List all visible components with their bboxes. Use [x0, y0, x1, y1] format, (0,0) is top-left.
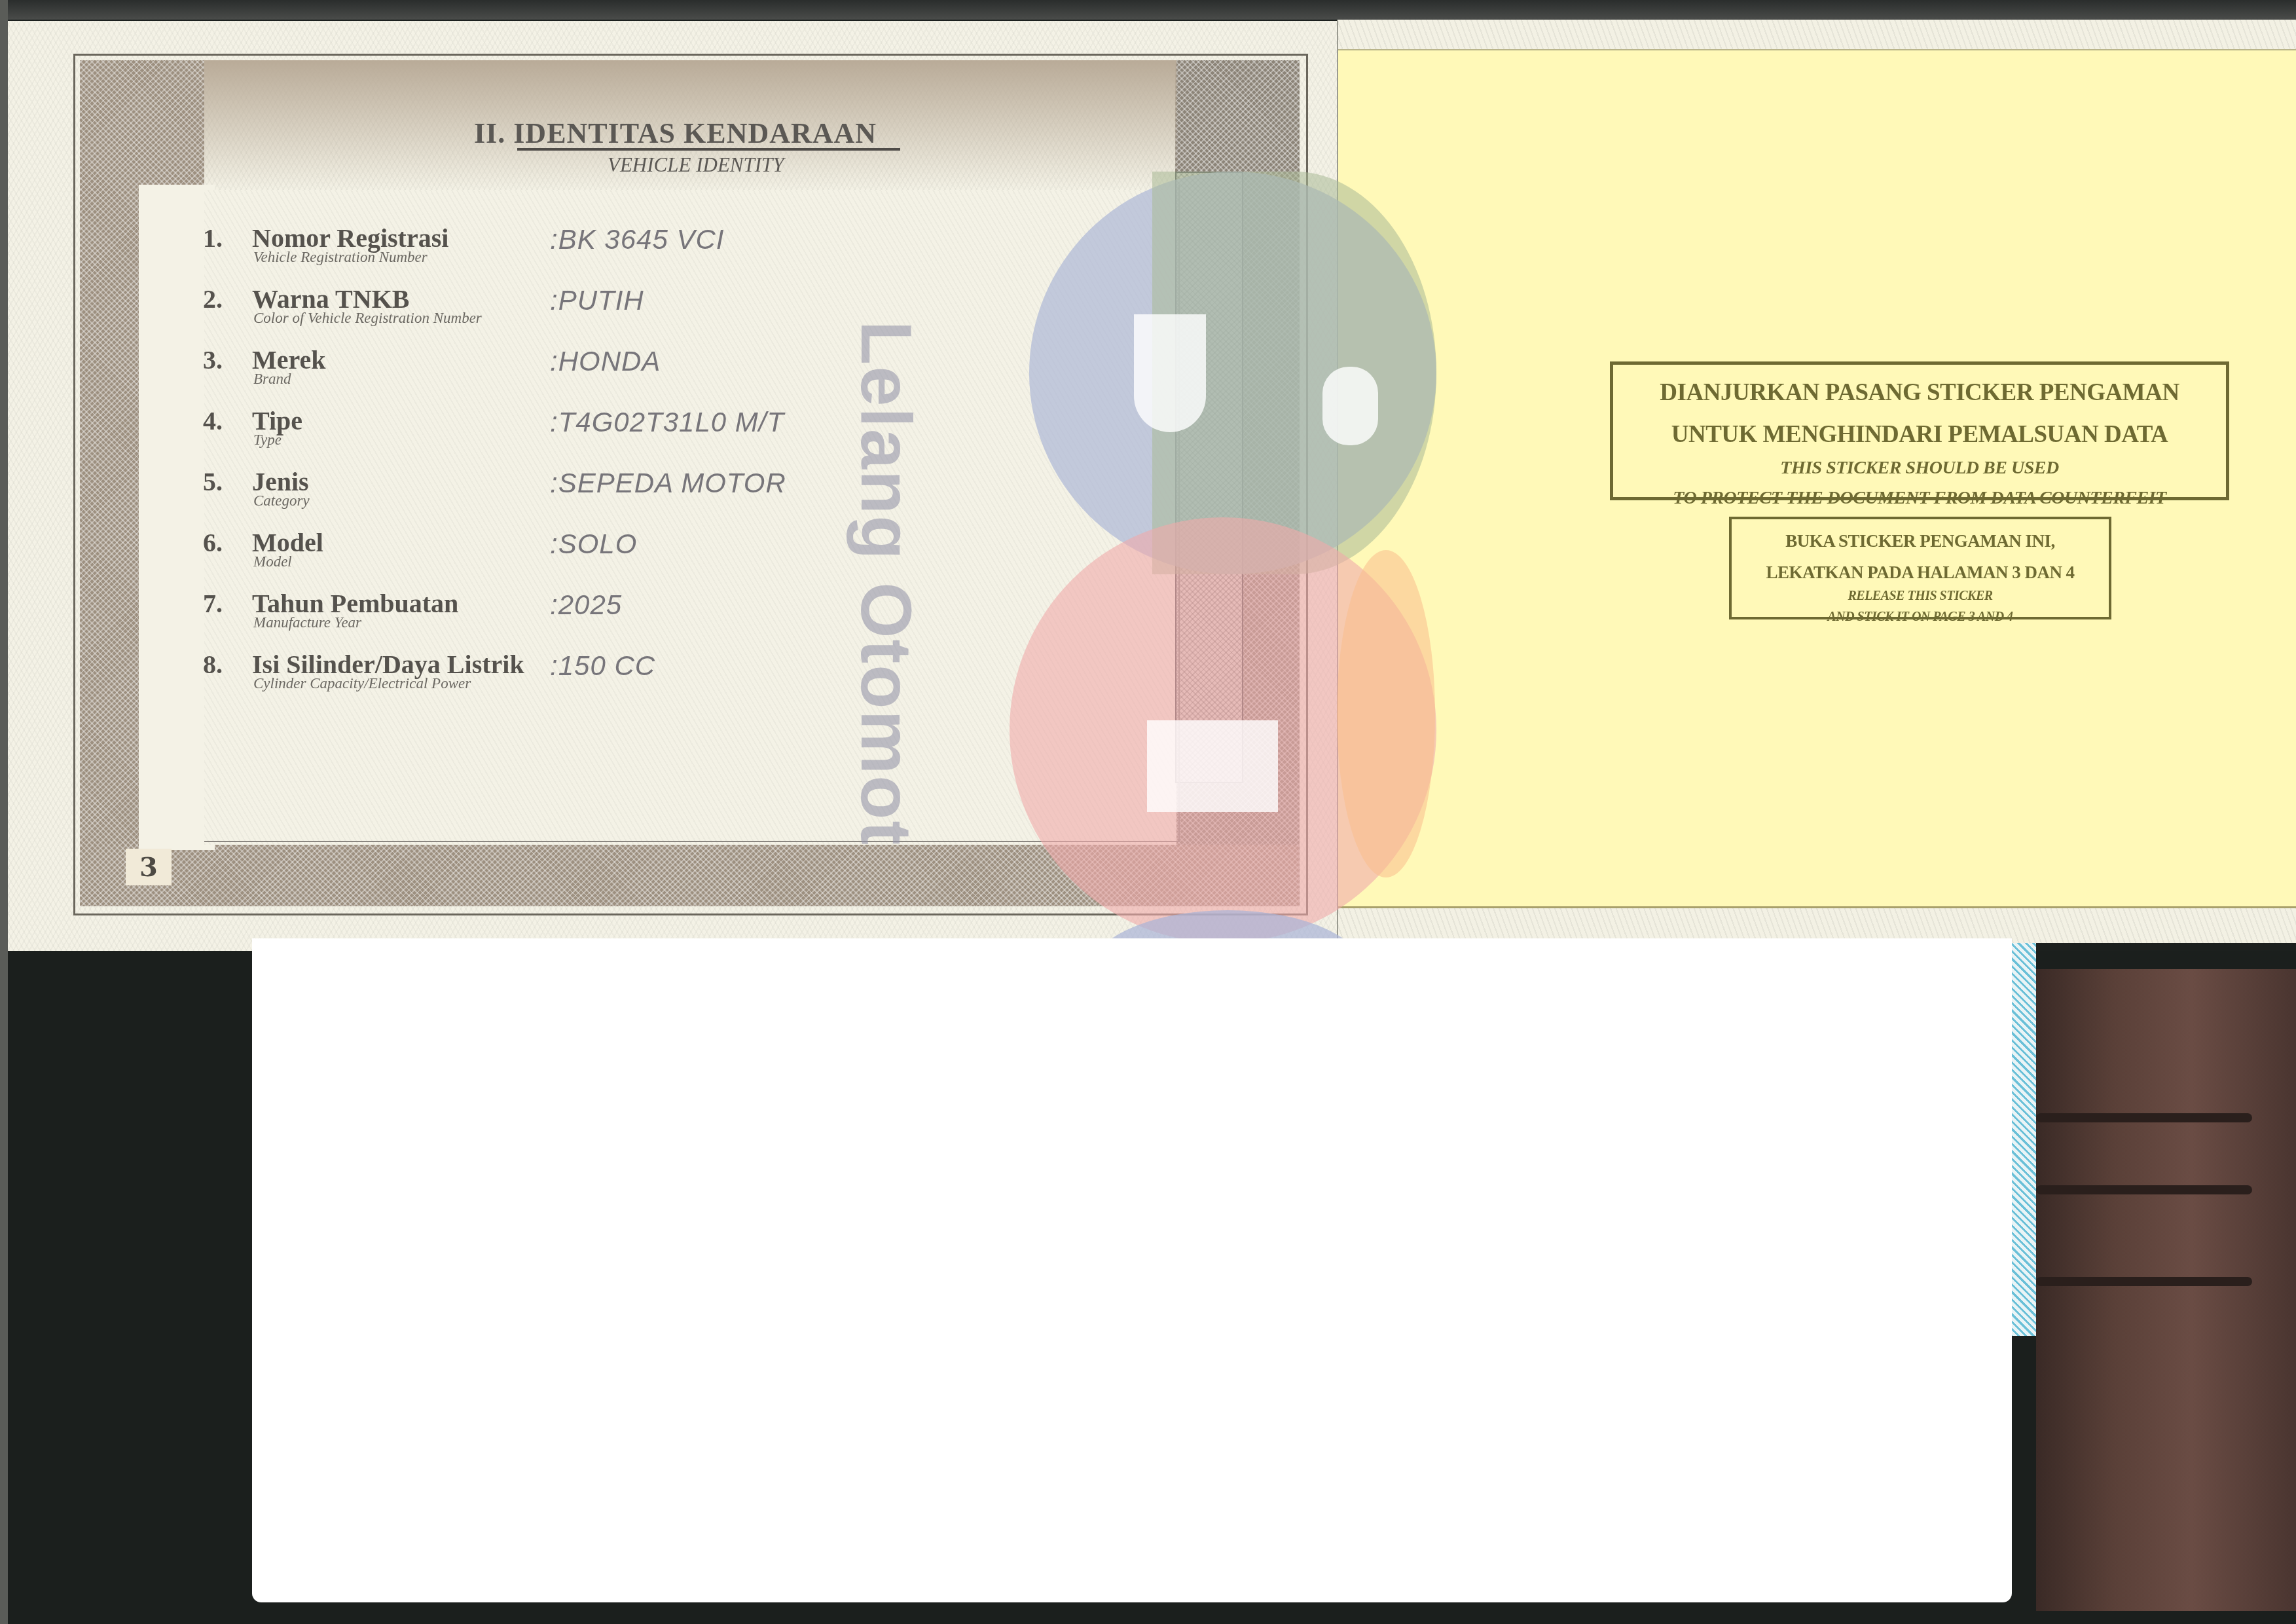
field-number: 8.: [203, 649, 223, 680]
notice-line-en: RELEASE THIS STICKER: [1732, 589, 2109, 603]
sticker-main-notice: DIANJURKAN PASANG STICKER PENGAMAN UNTUK…: [1610, 361, 2229, 500]
notice-line: DIANJURKAN PASANG STICKER PENGAMAN: [1613, 379, 2226, 407]
field-value: :HONDA: [550, 346, 661, 377]
field-value: :BK 3645 VCI: [550, 224, 724, 255]
next-page-edge: [2010, 943, 2036, 1336]
field-sublabel: Manufacture Year: [253, 614, 361, 631]
field-sublabel: Category: [253, 492, 310, 509]
field-value: :SOLO: [550, 528, 637, 560]
field-value: :2025: [550, 589, 622, 621]
field-sublabel: Color of Vehicle Registration Number: [253, 310, 482, 327]
field-value: :T4G02T31L0 M/T: [550, 407, 784, 438]
field-number: 2.: [203, 284, 223, 314]
field-value: :SEPEDA MOTOR: [550, 468, 786, 499]
hand-photo: [2036, 969, 2296, 1611]
field-sublabel: Type: [253, 432, 282, 449]
section-subtitle: VEHICLE IDENTITY: [608, 153, 784, 177]
finger-gap: [2036, 1113, 2252, 1122]
field-number: 6.: [203, 527, 223, 558]
field-sublabel: Vehicle Registration Number: [253, 249, 428, 266]
redacted-area: [252, 938, 2012, 1602]
notice-line: LEKATKAN PADA HALAMAN 3 DAN 4: [1732, 563, 2109, 582]
scan-top-edge: [0, 0, 2296, 20]
notice-line: BUKA STICKER PENGAMAN INI,: [1732, 531, 2109, 551]
page-number: 3: [126, 849, 172, 885]
section-title: II. IDENTITAS KENDARAAN: [474, 117, 877, 150]
notice-line: UNTUK MENGHINDARI PEMALSUAN DATA: [1613, 421, 2226, 449]
watermark-logo-orange: [1337, 550, 1435, 877]
finger-gap: [2036, 1277, 2252, 1286]
field-number: 5.: [203, 466, 223, 497]
notice-line-en: TO PROTECT THE DOCUMENT FROM DATA COUNTE…: [1613, 488, 2226, 509]
watermark-logo-dot: [1322, 367, 1378, 445]
notice-line-en: AND STICK IT ON PAGE 3 AND 4: [1732, 610, 2109, 624]
watermark-logo-glyph: [1134, 314, 1206, 432]
field-value: :150 CC: [550, 650, 655, 682]
field-sublabel: Cylinder Capacity/Electrical Power: [253, 675, 471, 692]
scan-left-edge: [0, 0, 8, 1624]
field-number: 3.: [203, 344, 223, 375]
sticker-release-notice: BUKA STICKER PENGAMAN INI, LEKATKAN PADA…: [1729, 517, 2111, 619]
field-sublabel: Brand: [253, 371, 291, 388]
field-number: 7.: [203, 588, 223, 619]
watermark-text: Lelang Otomot: [845, 321, 928, 846]
watermark-logo-glyph: [1147, 720, 1278, 812]
notice-line-en: THIS STICKER SHOULD BE USED: [1613, 458, 2226, 479]
field-value: :PUTIH: [550, 285, 644, 316]
field-sublabel: Model: [253, 553, 292, 570]
field-number: 1.: [203, 223, 223, 253]
finger-gap: [2036, 1185, 2252, 1194]
title-underline: [517, 148, 900, 151]
field-number: 4.: [203, 405, 223, 436]
